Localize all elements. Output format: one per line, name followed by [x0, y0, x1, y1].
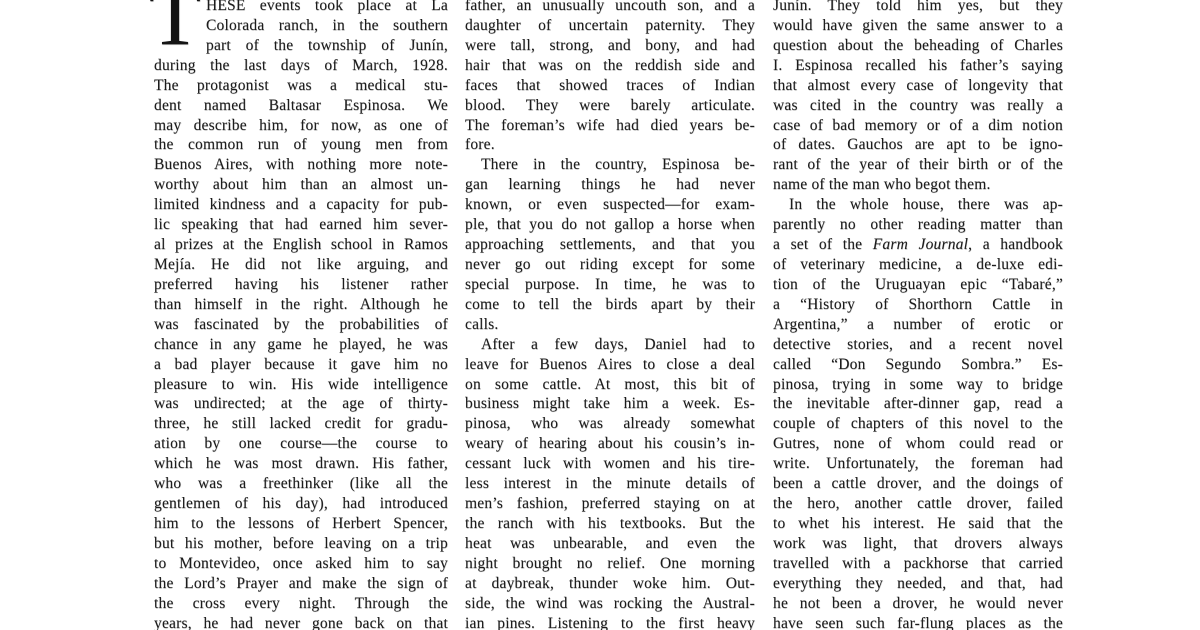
text-line: I. Espinosa recalled his father’s saying: [773, 56, 1063, 76]
text-line: but his mother, before leaving on a trip: [154, 534, 448, 554]
text-line: question about the beheading of Charles: [773, 36, 1063, 56]
text-line: three, he still lacked credit for gradu-: [154, 414, 448, 434]
text-line: ian pines. Listening to the first heavy: [465, 614, 755, 630]
text-line: rant of the year of their birth or of th…: [773, 155, 1063, 175]
text-line: gan learning things he had never: [465, 175, 755, 195]
text-line: couple of chapters of this novel to the: [773, 414, 1063, 434]
text-line: gentlemen of his day), had introduced: [154, 494, 448, 514]
text-line: a set of the Farm Journal, a handbook: [773, 235, 1063, 255]
text-line: write. Unfortunately, the foreman had: [773, 454, 1063, 474]
text-line: part of the township of Junín,: [206, 36, 448, 56]
text-line: blood. They were barely articulate.: [465, 96, 755, 116]
text-line: the ranch with his textbooks. But the: [465, 514, 755, 534]
text-line: men’s fashion, preferred staying on at: [465, 494, 755, 514]
text-line: called “Don Segundo Sombra.” Es-: [773, 355, 1063, 375]
text-line: approaching settlements, and that you: [465, 235, 755, 255]
text-line: lic speaking that had earned him sever-: [154, 215, 448, 235]
text-line: been a cattle drover, and the doings of: [773, 474, 1063, 494]
text-line: he not been a drover, he would never: [773, 594, 1063, 614]
text-line: preferred having his listener rather: [154, 275, 448, 295]
text-column-right: Junín. They told him yes, but theywould …: [773, 0, 1063, 630]
text-line: was undirected; at the age of thirty-: [154, 394, 448, 414]
italic-text-segment: Farm Journal: [873, 236, 968, 253]
text-line: may describe him, for now, as one of: [154, 116, 448, 136]
text-line: faces that showed traces of Indian: [465, 76, 755, 96]
text-line: than himself in the right. Although he: [154, 295, 448, 315]
text-line: ple, that you do not gallop a horse when: [465, 215, 755, 235]
text-column-left: T HESE events took place at LaColorada r…: [154, 0, 448, 630]
text-line: calls.: [465, 315, 755, 335]
text-line: pleasure to win. His wide intelligence: [154, 375, 448, 395]
text-line: years, he had never gone back on that: [154, 614, 448, 630]
text-line: fore.: [465, 135, 755, 155]
text-line: heat was unbearable, and even the: [465, 534, 755, 554]
text-line: work was light, that drovers always: [773, 534, 1063, 554]
text-line: chance in any game he played, he was: [154, 335, 448, 355]
text-line: side, the wind was rocking the Austral-: [465, 594, 755, 614]
text-line: him to the lessons of Herbert Spencer,: [154, 514, 448, 534]
text-line: dent named Baltasar Espinosa. We: [154, 96, 448, 116]
text-line: Argentina,” a number of erotic or: [773, 315, 1063, 335]
text-line: who was a freethinker (like all the: [154, 474, 448, 494]
text-line: travelled with a packhorse that carried: [773, 554, 1063, 574]
text-line: Gutres, none of whom could read or: [773, 434, 1063, 454]
text-line: ation by one course—the course to: [154, 434, 448, 454]
text-line: father, an unusually uncouth son, and a: [465, 0, 755, 16]
text-line: Buenos Aires, with nothing more note-: [154, 155, 448, 175]
text-line: night brought no relief. One morning: [465, 554, 755, 574]
text-segment: , a handbook: [968, 236, 1063, 253]
text-line: The foreman’s wife had died years be-: [465, 116, 755, 136]
text-line: detective stories, and a recent novel: [773, 335, 1063, 355]
text-line: less interest in the minute details of: [465, 474, 755, 494]
text-line: In the whole house, there was ap-: [773, 195, 1063, 215]
text-line: Mejía. He did not like arguing, and: [154, 255, 448, 275]
text-line: a “History of Shorthorn Cattle in: [773, 295, 1063, 315]
text-line: After a few days, Daniel had to: [465, 335, 755, 355]
text-line: hair that was on the reddish side and: [465, 56, 755, 76]
text-line: were tall, strong, and bony, and had: [465, 36, 755, 56]
text-line: at daybreak, thunder woke him. Out-: [465, 574, 755, 594]
text-line: a bad player because it gave him no: [154, 355, 448, 375]
text-line: name of the man who begot them.: [773, 175, 1063, 195]
text-line: of veterinary medicine, a de-luxe edi-: [773, 255, 1063, 275]
text-line: special purpose. In time, he was to: [465, 275, 755, 295]
text-line: business might take him a week. Es-: [465, 394, 755, 414]
text-line: case of bad memory or of a dim notion: [773, 116, 1063, 136]
text-column-middle: father, an unusually uncouth son, and ad…: [465, 0, 755, 630]
drop-cap-letter: T: [144, 0, 206, 58]
text-line: leave for Buenos Aires to close a deal: [465, 355, 755, 375]
text-line: on some cattle. At most, this bit of: [465, 375, 755, 395]
text-line: daughter of uncertain paternity. They: [465, 16, 755, 36]
text-line: was cited in the country was really a: [773, 96, 1063, 116]
text-line: the cross every night. Through the: [154, 594, 448, 614]
text-line: cessant luck with women and his tire-: [465, 454, 755, 474]
text-line: the common run of young men from: [154, 135, 448, 155]
text-line: The protagonist was a medical stu-: [154, 76, 448, 96]
text-line: Junín. They told him yes, but they: [773, 0, 1063, 16]
text-line: of dates. Gauchos are apt to be igno-: [773, 135, 1063, 155]
text-line: HESE events took place at La: [206, 0, 448, 16]
text-line: parently no other reading matter than: [773, 215, 1063, 235]
text-line: known, or even suspected—for exam-: [465, 195, 755, 215]
text-line: the Lord’s Prayer and make the sign of: [154, 574, 448, 594]
text-line: that almost every case of longevity that: [773, 76, 1063, 96]
text-line: never go out riding except for some: [465, 255, 755, 275]
magazine-page-scan: T HESE events took place at LaColorada r…: [0, 0, 1200, 630]
text-line: everything they needed, and that, had: [773, 574, 1063, 594]
text-line: was fascinated by the probabilities of: [154, 315, 448, 335]
text-line: Colorada ranch, in the southern: [206, 16, 448, 36]
text-line: tion of the Uruguayan epic “Tabaré,”: [773, 275, 1063, 295]
text-line: come to tell the birds apart by their: [465, 295, 755, 315]
text-line: the hero, another cattle drover, failed: [773, 494, 1063, 514]
text-line: to whet his interest. He said that the: [773, 514, 1063, 534]
text-segment: a set of the: [773, 236, 873, 253]
text-line: limited kindness and a capacity for pub-: [154, 195, 448, 215]
text-line: al prizes at the English school in Ramos: [154, 235, 448, 255]
text-line: pinosa, who was already somewhat: [465, 414, 755, 434]
text-line: weary of hearing about his cousin’s in-: [465, 434, 755, 454]
text-line: the inevitable after-dinner gap, read a: [773, 394, 1063, 414]
text-line: pinosa, trying in some way to bridge: [773, 375, 1063, 395]
text-line: would have given the same answer to a: [773, 16, 1063, 36]
text-line: which he was most drawn. His father,: [154, 454, 448, 474]
text-line: to Montevideo, once asked him to say: [154, 554, 448, 574]
text-line: worthy about him than an almost un-: [154, 175, 448, 195]
text-line: have seen such far-flung places as the: [773, 614, 1063, 630]
text-line: There in the country, Espinosa be-: [465, 155, 755, 175]
